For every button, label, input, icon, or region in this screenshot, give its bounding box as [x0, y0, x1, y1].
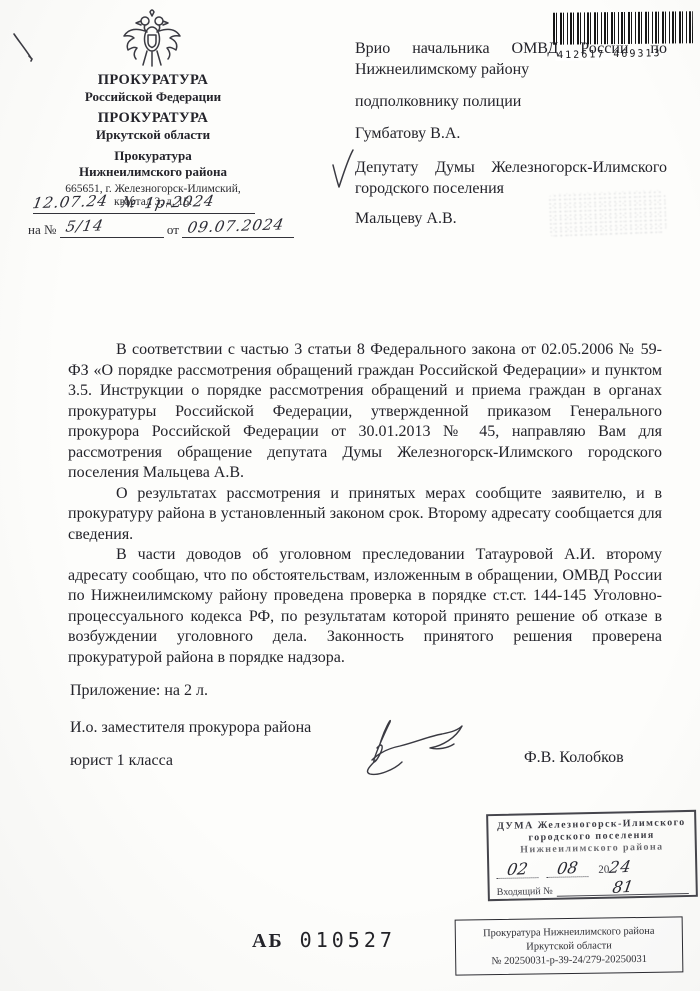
- letterhead: ПРОКУРАТУРА Российской Федерации ПРОКУРА…: [22, 72, 284, 209]
- body-paragraph-1: В соответствии с частью 3 статьи 8 Федер…: [68, 340, 662, 484]
- faint-stamp-smudge: [547, 190, 666, 238]
- reply-to-label: на №: [28, 222, 56, 237]
- incoming-number-label: Входящий №: [497, 886, 553, 898]
- outgoing-date-handwritten: 12.07.24: [31, 192, 110, 213]
- letterhead-org-line2: Российской Федерации: [22, 89, 284, 105]
- letterhead-org-line5: Прокуратура: [22, 148, 284, 164]
- incoming-number-handwritten: 81: [611, 877, 634, 897]
- reply-from-label: от: [167, 222, 179, 237]
- russia-coat-of-arms-icon: [118, 6, 186, 72]
- handwritten-signature-icon: [346, 708, 476, 786]
- form-serial-number: АБ 010527: [252, 928, 396, 953]
- incoming-stamp: ДУМА Железногорск-Илимского городского п…: [486, 810, 698, 901]
- form-series: АБ: [252, 930, 284, 953]
- incoming-stamp-date-row: 02 08 2024: [496, 855, 688, 879]
- pen-check-mark-icon: [330, 147, 356, 193]
- letter-body: В соответствии с частью 3 статьи 8 Федер…: [68, 340, 662, 668]
- reply-reference-line: на № 5/14 от 09.07.2024: [28, 217, 298, 239]
- signer-name: Ф.В. Колобков: [524, 749, 624, 767]
- letterhead-org-line4: Иркутской области: [22, 127, 284, 143]
- scanned-letter-page: ПРОКУРАТУРА Российской Федерации ПРОКУРА…: [0, 0, 700, 991]
- body-paragraph-2: О результатах рассмотрения и принятых ме…: [68, 484, 662, 546]
- incoming-month-handwritten: 08: [556, 858, 579, 878]
- form-digits: 010527: [300, 928, 396, 952]
- pen-stroke-mark: [8, 30, 38, 66]
- letterhead-org-line1: ПРОКУРАТУРА: [22, 72, 284, 89]
- signer-position-line2: юрист 1 класса: [70, 752, 173, 770]
- number-sign: №: [120, 193, 139, 212]
- registration-stamp-line3: № 20250031-р-39-24/279-20250031: [456, 952, 682, 968]
- recipient1-position: Врио начальника ОМВД России по Нижнеилим…: [355, 38, 667, 80]
- recipient1-name: Гумбатову В.А.: [355, 123, 667, 144]
- incoming-day-handwritten: 02: [506, 859, 529, 879]
- recipient1-rank: подполковнику полиции: [355, 91, 667, 112]
- letterhead-org-line6: Нижнеилимского района: [22, 164, 284, 180]
- body-paragraph-3: В части доводов об уголовном преследован…: [68, 545, 662, 668]
- registration-stamp: Прокуратура Нижнеилимского района Иркутс…: [455, 916, 684, 975]
- incoming-year-handwritten: 24: [608, 857, 633, 877]
- outgoing-number-handwritten: 1р-2024: [143, 192, 216, 212]
- reply-to-number-handwritten: 5/14: [64, 216, 105, 235]
- reply-date-handwritten: 09.07.2024: [186, 215, 286, 236]
- attachment-note: Приложение: на 2 л.: [70, 682, 208, 700]
- letterhead-org-line3: ПРОКУРАТУРА: [22, 110, 284, 127]
- signer-position-line1: И.о. заместителя прокурора района: [70, 719, 311, 737]
- incoming-number-row: Входящий № 81: [496, 876, 688, 898]
- outgoing-reference-line: 12.07.24 № 1р-2024: [33, 193, 255, 214]
